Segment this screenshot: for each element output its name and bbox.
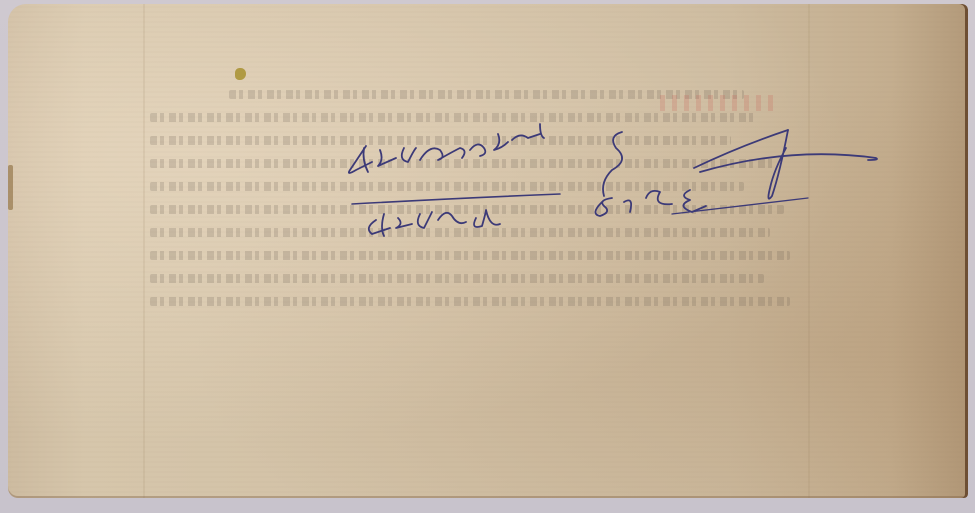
handwriting-line-1 <box>349 124 544 173</box>
handwriting-line-2 <box>352 194 560 236</box>
handwritten-text <box>0 0 975 513</box>
signature <box>595 130 877 216</box>
